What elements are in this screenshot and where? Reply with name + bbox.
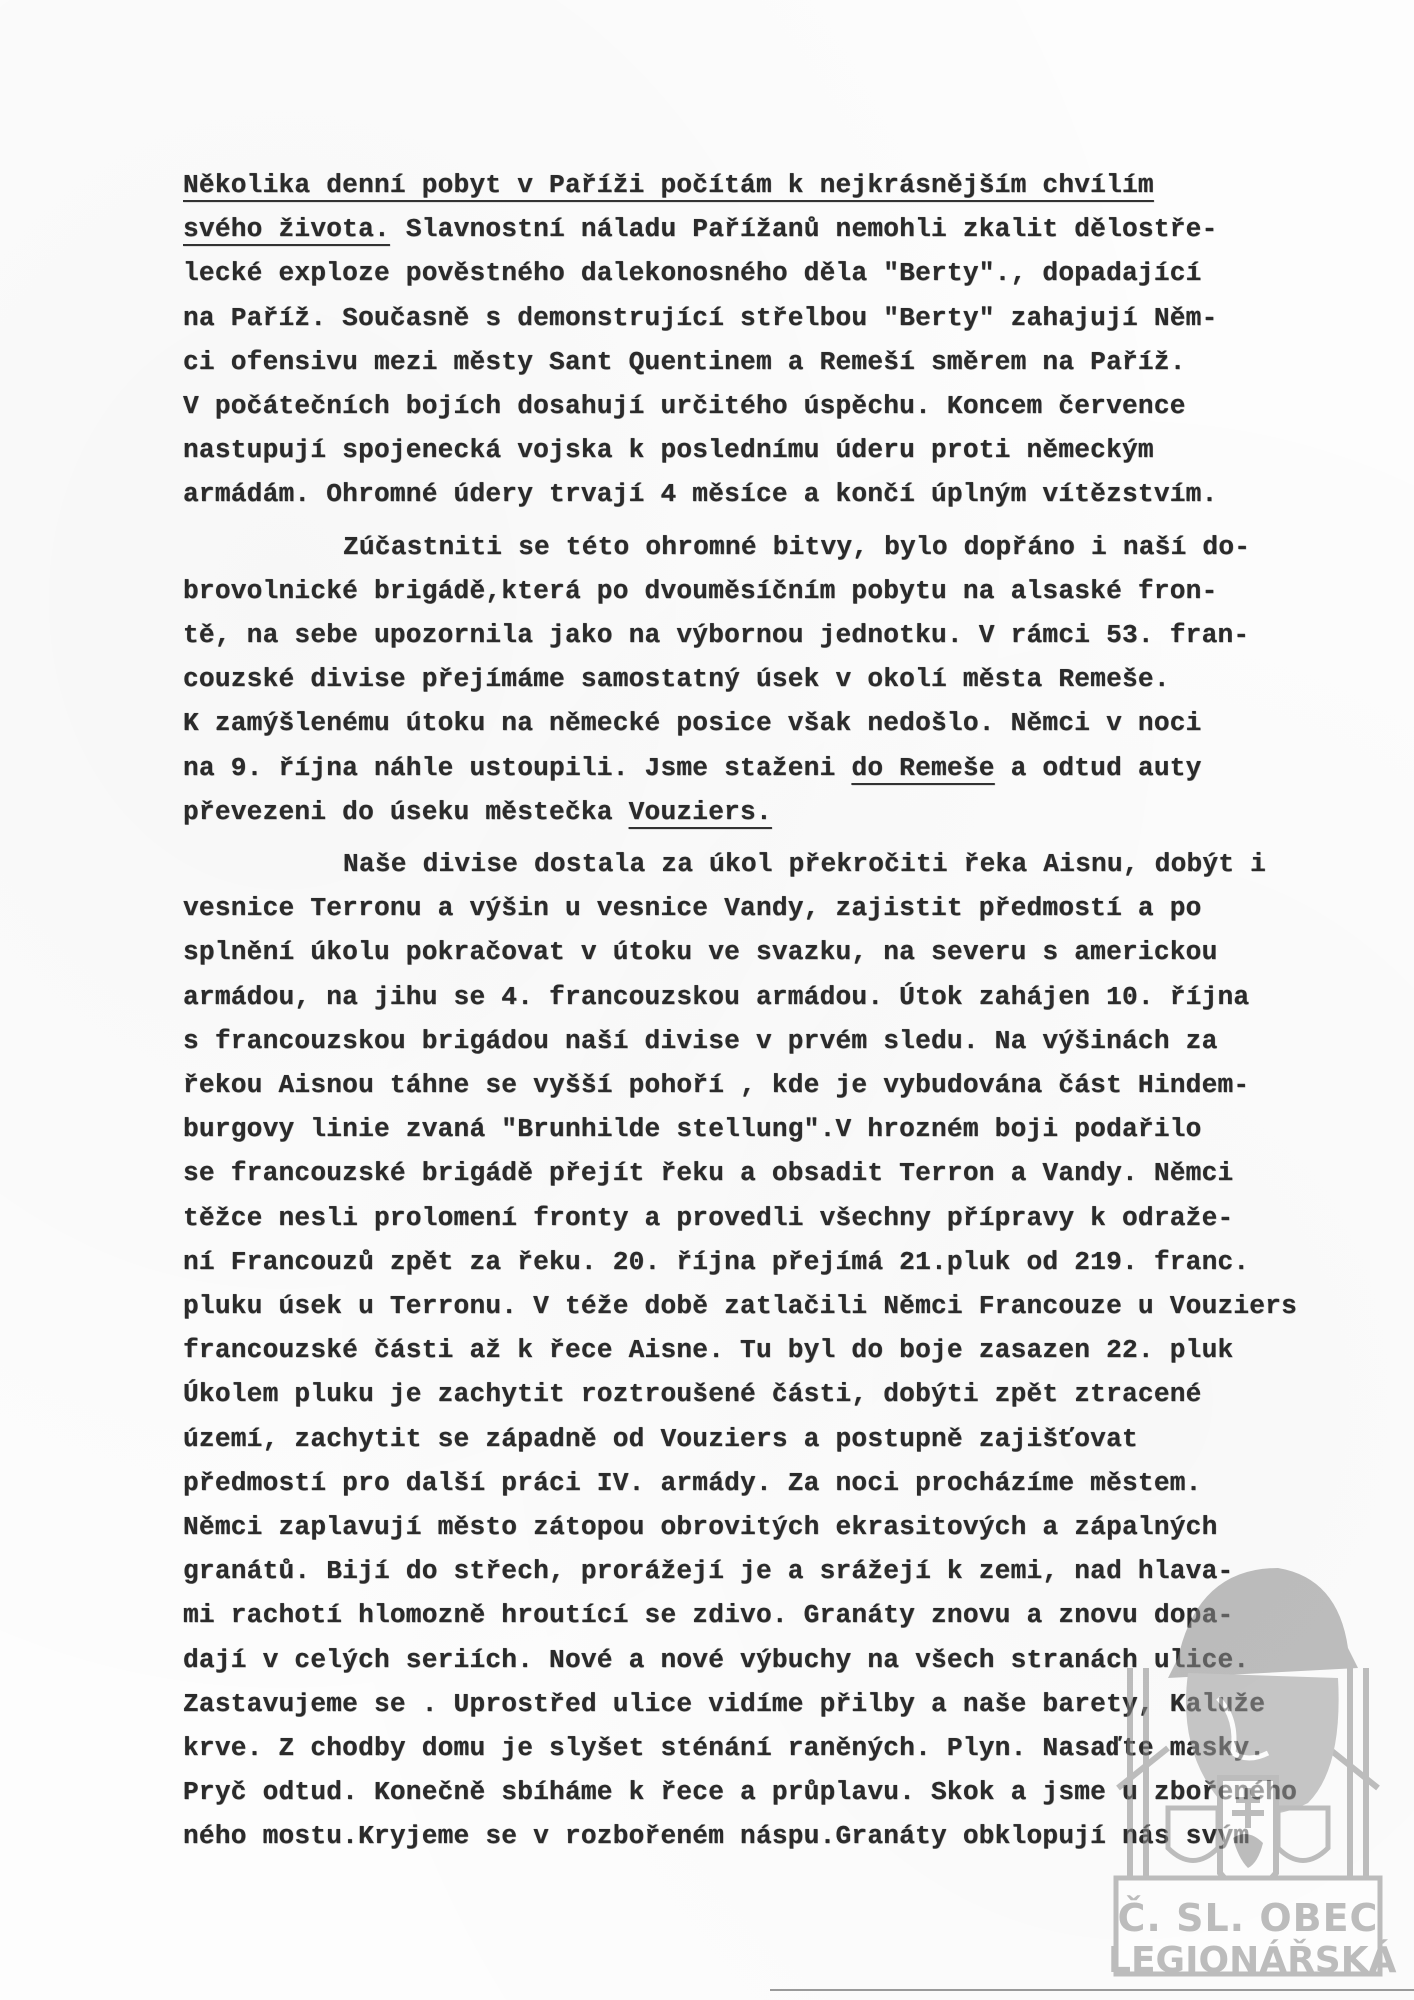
text-line: převezeni do úseku městečka Vouziers. [183, 797, 772, 827]
text-line: vesnice Terronu a výšin u vesnice Vandy,… [183, 893, 1202, 923]
text-line: předmostí pro další práci IV. armády. Za… [183, 1468, 1202, 1498]
text-line: armádám. Ohromné údery trvají 4 měsíce a… [183, 479, 1217, 509]
text-line: svého života. Slavnostní náladu Pařížanů… [183, 214, 1218, 244]
text-line: splnění úkolu pokračovat v útoku ve svaz… [183, 937, 1217, 967]
underlined-phrase: Několika denní pobyt v Paříži počítám k … [183, 170, 1154, 200]
text-line: řekou Aisnou táhne se vyšší pohoří , kde… [183, 1070, 1249, 1100]
text-line: na 9. října náhle ustoupili. Jsme stažen… [183, 753, 1202, 783]
text-line: krve. Z chodby domu je slyšet sténání ra… [183, 1733, 1265, 1763]
text-line: území, zachytit se západně od Vouziers a… [183, 1424, 1138, 1454]
text-line: Pryč odtud. Konečně sbíháme k řece a prů… [183, 1777, 1297, 1807]
scan-edge-line [770, 1989, 1414, 1991]
underlined-phrase: Vouziers. [629, 797, 772, 827]
text-line: couzské divise přejímáme samostatný úsek… [183, 664, 1170, 694]
text-line: lecké exploze pověstného dalekonosného d… [183, 258, 1202, 288]
text-line: na Paříž. Současně s demonstrující střel… [183, 303, 1217, 333]
text-line: ci ofensivu mezi městy Sant Quentinem a … [183, 347, 1186, 377]
text-line: francouzské části až k řece Aisne. Tu by… [183, 1335, 1233, 1365]
text-line: V počátečních bojích dosahují určitého ú… [183, 391, 1186, 421]
text-line: Úkolem pluku je zachytit roztroušené čás… [183, 1379, 1202, 1409]
text-line: tě, na sebe upozornila jako na výbornou … [183, 620, 1249, 650]
text-line: brovolnické brigádě,která po dvouměsíční… [183, 576, 1217, 606]
text-line: granátů. Bijí do střech, prorážejí je a … [183, 1556, 1233, 1586]
text-line: ného mostu.Kryjeme se v rozbořeném náspu… [183, 1821, 1249, 1851]
text-line: Několika denní pobyt v Paříži počítám k … [183, 170, 1154, 200]
text-line: ní Francouzů zpět za řeku. 20. října pře… [183, 1247, 1249, 1277]
underlined-phrase: do Remeše [851, 753, 994, 783]
text-line: pluku úsek u Terronu. V téže době zatlač… [183, 1291, 1297, 1321]
text-line: Zastavujeme se . Uprostřed ulice vidíme … [183, 1689, 1265, 1719]
text-line: burgovy linie zvaná "Brunhilde stellung"… [183, 1114, 1202, 1144]
text-line: dají v celých seriích. Nové a nové výbuc… [183, 1645, 1249, 1675]
text-line: K zamýšlenému útoku na německé posice vš… [183, 708, 1202, 738]
text-line: s francouzskou brigádou naší divise v pr… [183, 1026, 1217, 1056]
text-line: těžce nesli prolomení fronty a provedli … [183, 1203, 1233, 1233]
text-line: armádou, na jihu se 4. francouzskou armá… [183, 982, 1249, 1012]
text-line: Naše divise dostala za úkol překročiti ř… [343, 849, 1266, 879]
text-line: nastupují spojenecká vojska k poslednímu… [183, 435, 1154, 465]
text-line: mi rachotí hlomozně hroutící se zdivo. G… [183, 1600, 1233, 1630]
text-line: Zúčastniti se této ohromné bitvy, bylo d… [343, 532, 1250, 562]
text-line: se francouzské brigádě přejít řeku a obs… [183, 1158, 1233, 1188]
text-line: Němci zaplavují město zátopou obrovitých… [183, 1512, 1217, 1542]
underlined-phrase: svého života. [183, 214, 390, 244]
